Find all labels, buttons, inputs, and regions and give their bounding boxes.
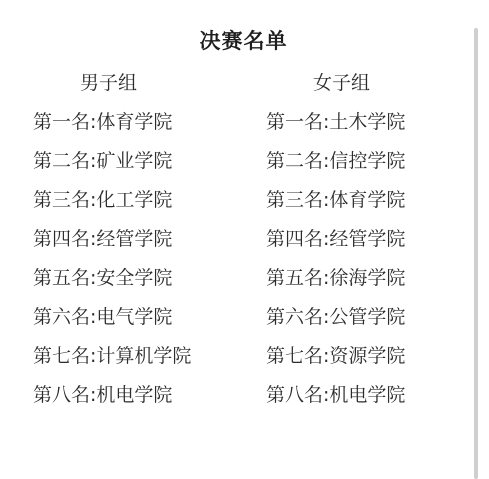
men-rank-row: 第一名:体育学院 (33, 108, 233, 147)
rank-label: 第四名 (266, 228, 323, 250)
rank-label: 第七名 (33, 345, 90, 367)
college-name: 机电学院 (329, 384, 405, 406)
rank-label: 第三名 (33, 189, 90, 211)
men-rank-row: 第四名:经管学院 (33, 225, 233, 264)
women-rank-row: 第四名:经管学院 (266, 225, 466, 264)
rank-label: 第四名 (33, 228, 90, 250)
rank-label: 第五名 (33, 267, 90, 289)
college-name: 土木学院 (329, 111, 405, 133)
women-rank-row: 第七名:资源学院 (266, 342, 466, 381)
rank-label: 第二名 (266, 150, 323, 172)
rank-label: 第六名 (266, 306, 323, 328)
rank-label: 第一名 (266, 111, 323, 133)
college-name: 电气学院 (96, 306, 172, 328)
rank-label: 第五名 (266, 267, 323, 289)
college-name: 机电学院 (96, 384, 172, 406)
finals-list-page: 决赛名单 男子组 第一名:体育学院 第二名:矿业学院 第三名:化工学院 第四名:… (0, 0, 474, 479)
men-rank-row: 第六名:电气学院 (33, 303, 233, 342)
women-rank-row: 第一名:土木学院 (266, 108, 466, 147)
college-name: 徐海学院 (329, 267, 405, 289)
women-group-header: 女子组 (266, 69, 466, 108)
women-rank-row: 第六名:公管学院 (266, 303, 466, 342)
women-group-column: 女子组 第一名:土木学院 第二名:信控学院 第三名:体育学院 第四名:经管学院 … (266, 69, 466, 420)
men-rank-row: 第五名:安全学院 (33, 264, 233, 303)
vertical-scrollbar[interactable] (474, 28, 478, 479)
men-group-column: 男子组 第一名:体育学院 第二名:矿业学院 第三名:化工学院 第四名:经管学院 … (33, 69, 233, 420)
men-rank-row: 第七名:计算机学院 (33, 342, 233, 381)
college-name: 经管学院 (96, 228, 172, 250)
college-name: 安全学院 (96, 267, 172, 289)
rank-label: 第三名 (266, 189, 323, 211)
women-rank-row: 第二名:信控学院 (266, 147, 466, 186)
rank-label: 第七名 (266, 345, 323, 367)
college-name: 信控学院 (329, 150, 405, 172)
college-name: 体育学院 (96, 111, 172, 133)
page-title: 决赛名单 (0, 27, 487, 55)
rank-label: 第八名 (33, 384, 90, 406)
college-name: 公管学院 (329, 306, 405, 328)
college-name: 计算机学院 (96, 345, 191, 367)
college-name: 经管学院 (329, 228, 405, 250)
men-rank-row: 第八名:机电学院 (33, 381, 233, 420)
rank-label: 第八名 (266, 384, 323, 406)
women-rank-row: 第三名:体育学院 (266, 186, 466, 225)
college-name: 资源学院 (329, 345, 405, 367)
rank-label: 第六名 (33, 306, 90, 328)
men-rank-row: 第二名:矿业学院 (33, 147, 233, 186)
men-group-header: 男子组 (33, 69, 233, 108)
men-rank-row: 第三名:化工学院 (33, 186, 233, 225)
women-rank-row: 第八名:机电学院 (266, 381, 466, 420)
college-name: 矿业学院 (96, 150, 172, 172)
rank-label: 第二名 (33, 150, 90, 172)
college-name: 化工学院 (96, 189, 172, 211)
college-name: 体育学院 (329, 189, 405, 211)
rank-label: 第一名 (33, 111, 90, 133)
women-rank-row: 第五名:徐海学院 (266, 264, 466, 303)
